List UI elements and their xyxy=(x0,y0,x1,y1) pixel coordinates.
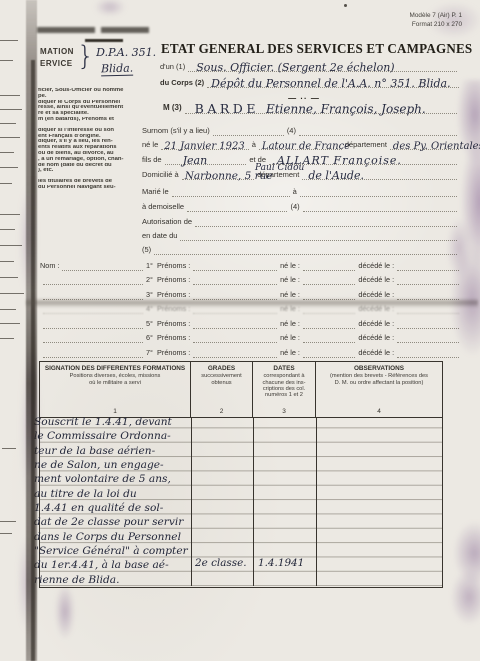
entry-line: au titre de la loi du xyxy=(34,487,209,501)
column-subtitle: (mention des brevets - Références des D.… xyxy=(330,373,428,386)
entry-line: ment volontaire de 5 ans, xyxy=(34,472,209,486)
line-name: M (3) BARDE Etienne, François, Joseph. xyxy=(163,104,460,114)
services-table: SIGNATION DES DIFFERENTES FORMATIONS Pos… xyxy=(39,361,443,588)
demoiselle-line xyxy=(187,209,287,212)
unit-stamp: MATION ERVICE } D.P.A. 351. Blida. xyxy=(40,46,156,77)
scanned-document-page: Modèle 7 (Air) P. 1 Format 210 x 270 MAT… xyxy=(0,0,480,661)
nom-line xyxy=(43,311,143,314)
given-names: Etienne, François, Joseph. xyxy=(266,102,426,116)
child-decede-line xyxy=(397,340,459,343)
child-number: 1° xyxy=(146,261,153,270)
birth-a-label: à xyxy=(252,141,256,150)
ref5-line xyxy=(154,252,457,255)
child-decede-line xyxy=(397,282,459,285)
child-prenoms-label: 6° Prénoms : xyxy=(146,334,190,343)
child-ne-line xyxy=(303,355,355,358)
child-prenoms-label: 3° Prénoms : xyxy=(146,291,190,300)
entry-line: dat de 2e classe pour servir xyxy=(34,515,209,529)
child-prenoms-label: 1° Prénoms : xyxy=(146,262,190,271)
child-row: 5° Prénoms : né le : décédé le : xyxy=(40,314,462,329)
prenoms-word: Prénoms : xyxy=(157,348,190,357)
prenoms-word: Prénoms : xyxy=(157,275,190,284)
endate-line xyxy=(180,238,457,241)
page-fold-line xyxy=(31,60,35,661)
birth-label: né le xyxy=(142,141,158,150)
grade-entry-handwritten: 2e classe. xyxy=(195,557,247,569)
prenoms-word: Prénoms : xyxy=(157,261,190,270)
child-row: Nom : 1° Prénoms : né le : décédé le : xyxy=(40,256,462,271)
document-title: ETAT GENERAL DES SERVICES ET CAMPAGNES xyxy=(161,41,449,57)
child-prenoms-line xyxy=(193,268,277,271)
column-title: GRADES xyxy=(208,365,235,372)
child-row: 2° Prénoms : né le : décédé le : xyxy=(40,271,462,286)
child-ne-label: né le : xyxy=(280,291,300,300)
family-name: BARDE xyxy=(195,101,259,116)
nom-line xyxy=(62,268,143,271)
stamp-unit-number: D.P.A. 351. xyxy=(96,46,156,59)
column-number: 4 xyxy=(316,408,442,415)
footnote-ref-4b: (4) xyxy=(290,203,299,212)
child-decede-line xyxy=(397,311,459,314)
child-ne-label: né le : xyxy=(280,349,300,358)
child-number: 4° xyxy=(146,304,153,313)
child-decede-label: décédé le : xyxy=(358,320,394,329)
birth-dept-line: des Py. Orientales. xyxy=(390,147,459,150)
column-title: DATES xyxy=(273,365,294,372)
footnote-fragment: du Personnel Navigant seu- xyxy=(38,185,144,191)
child-decede-label: décédé le : xyxy=(358,276,394,285)
nom-line xyxy=(43,340,143,343)
form-model: Modèle 7 (Air) P. 1 xyxy=(410,11,462,20)
child-decede-label: décédé le : xyxy=(358,305,394,314)
entry-line: du 1er.4.41, à la base aé- xyxy=(34,558,209,572)
column-subtitle: successivement obtenus xyxy=(201,373,241,386)
surnom-label: Surnom (s'il y a lieu) xyxy=(142,127,210,136)
child-decede-label: décédé le : xyxy=(358,262,394,271)
entry-line: 1.4.41 en qualité de sol- xyxy=(34,501,209,515)
demoiselle-line2 xyxy=(303,209,457,212)
footnote-ref-5: (5) xyxy=(142,246,151,255)
child-row: 6° Prénoms : né le : décédé le : xyxy=(40,329,462,344)
birth-date-handwritten: 21 Janvier 1923 xyxy=(164,141,245,152)
child-number: 2° xyxy=(146,275,153,284)
entry-line: "Service Général" à compter xyxy=(34,544,209,558)
line-domicile: Paul Cidou Domicilié à Narbonne, 5 rue d… xyxy=(142,171,460,180)
ink-speck xyxy=(344,4,347,7)
column-title: OBSERVATIONS xyxy=(354,365,404,372)
child-prenoms-line xyxy=(193,326,277,329)
prenoms-word: Prénoms : xyxy=(157,319,190,328)
birth-date-line: 21 Janvier 1923 xyxy=(161,147,248,150)
prenoms-word: Prénoms : xyxy=(157,290,190,299)
form-reference: Modèle 7 (Air) P. 1 Format 210 x 270 xyxy=(410,11,462,30)
child-ne-label: né le : xyxy=(280,262,300,271)
dun-label: d'un (1) xyxy=(160,63,185,72)
child-ne-line xyxy=(303,282,355,285)
date-entry-handwritten: 1.4.1941 xyxy=(258,557,304,569)
stamp-handwritten-unit: D.P.A. 351. Blida. xyxy=(96,46,156,77)
child-ne-label: né le : xyxy=(280,276,300,285)
photocopy-mottle xyxy=(48,578,82,661)
line-birth: né le 21 Janvier 1923 à Latour de France… xyxy=(142,141,462,150)
child-ne-line xyxy=(303,326,355,329)
stamp-brace: } xyxy=(77,46,94,69)
child-prenoms-label: 5° Prénoms : xyxy=(146,320,190,329)
child-ne-line xyxy=(303,268,355,271)
line-autorisation: Autorisation de xyxy=(142,218,460,227)
child-prenoms-line xyxy=(193,282,277,285)
child-prenoms-label: 4° Prénoms : xyxy=(146,305,190,314)
prenoms-word: Prénoms : xyxy=(157,304,190,313)
line-endate: en date du xyxy=(142,232,460,241)
nom-line xyxy=(43,355,143,358)
entry-line: dans le Corps du Personnel xyxy=(34,530,209,544)
child-prenoms-line xyxy=(193,355,277,358)
child-ne-label: né le : xyxy=(280,334,300,343)
domicile-dept-line: de l'Aude. xyxy=(302,177,457,180)
child-decede-line xyxy=(397,268,459,271)
child-prenoms-label: 2° Prénoms : xyxy=(146,276,190,285)
name-line: BARDE Etienne, François, Joseph. xyxy=(185,111,457,114)
overprint-smudge xyxy=(101,27,149,33)
prenoms-word: Prénoms : xyxy=(157,333,190,342)
line-corps: du Corps (2) Dépôt du Personnel de l'A.A… xyxy=(160,79,462,88)
line-surnom: Surnom (s'il y a lieu) (4) xyxy=(142,127,460,136)
photocopy-mottle xyxy=(88,0,132,20)
nom-line xyxy=(43,282,143,285)
column-title: SIGNATION DES DIFFERENTES FORMATIONS xyxy=(45,365,185,372)
birth-dept-handwritten: des Py. Orientales. xyxy=(393,141,480,152)
married-date-line xyxy=(172,194,290,197)
child-ne-label: né le : xyxy=(280,320,300,329)
birth-dept-label: département xyxy=(345,141,387,150)
domicile-city-handwritten: Narbonne, 5 rue xyxy=(185,170,273,182)
column-number: 1 xyxy=(40,408,190,415)
autorisation-line xyxy=(195,224,457,227)
child-prenoms-line xyxy=(193,311,277,314)
child-ne-label: né le : xyxy=(280,305,300,314)
stamp-word-fragment: MATION xyxy=(40,46,74,58)
formation-entry-handwritten: Souscrit le 1.4.41, devant le Commissair… xyxy=(34,415,209,587)
married-label: Marié le xyxy=(142,188,169,197)
child-number: 6° xyxy=(146,333,153,342)
child-decede-line xyxy=(397,326,459,329)
child-ne-line xyxy=(303,340,355,343)
child-prenoms-label: 7° Prénoms : xyxy=(146,349,190,358)
form-format: Format 210 x 270 xyxy=(410,20,462,29)
column-header-grades: GRADES successivement obtenus 2 xyxy=(191,362,253,417)
domicile-city-line: Narbonne, 5 rue xyxy=(182,177,255,180)
column-header-observations: OBSERVATIONS (mention des brevets - Réfé… xyxy=(316,362,442,417)
child-decede-label: décédé le : xyxy=(358,349,394,358)
table-header: SIGNATION DES DIFFERENTES FORMATIONS Pos… xyxy=(40,362,442,418)
married-a-label: à xyxy=(293,188,297,197)
column-number: 2 xyxy=(191,408,252,415)
corps-label: du Corps (2) xyxy=(160,79,204,88)
corps-value-handwritten: Dépôt du Personnel de l'A.A. n° 351. Bli… xyxy=(211,77,450,90)
child-number: 3° xyxy=(146,290,153,299)
nom-line xyxy=(43,326,143,329)
child-number: 5° xyxy=(146,319,153,328)
stamp-unit-city: Blida. xyxy=(101,62,134,77)
column-subtitle: Positions diverses, écoles, missions où … xyxy=(70,373,161,386)
line-ref5: (5) xyxy=(142,246,460,255)
child-row: 3° Prénoms : né le : décédé le : xyxy=(40,285,462,300)
column-header-dates: DATES correspondant à chacune des ins- c… xyxy=(253,362,316,417)
endate-label: en date du xyxy=(142,232,177,241)
entry-line: teur de la base aérien- xyxy=(34,444,209,458)
father-label: fils de xyxy=(142,156,162,165)
column-divider xyxy=(253,418,254,586)
footnote-fragment: m (en bâtards), Prénoms et xyxy=(38,117,144,123)
married-place-line xyxy=(300,194,457,197)
child-number: 7° xyxy=(146,348,153,357)
demoiselle-label: à demoiselle xyxy=(142,203,184,212)
table-body: Souscrit le 1.4.41, devant le Commissair… xyxy=(40,418,442,586)
column-divider xyxy=(316,418,317,586)
autorisation-label: Autorisation de xyxy=(142,218,192,227)
children-section: Nom : 1° Prénoms : né le : décédé le : 2… xyxy=(40,256,462,358)
name-handwritten: BARDE Etienne, François, Joseph. xyxy=(195,101,426,116)
surnom-line2 xyxy=(299,133,457,136)
column-number: 3 xyxy=(253,408,315,415)
child-ne-line xyxy=(303,311,355,314)
stamp-word-fragment: ERVICE xyxy=(40,58,74,70)
child-prenoms-line xyxy=(193,340,277,343)
line-dun: d'un (1) Sous. Officier. (Sergent 2e éch… xyxy=(160,63,460,72)
father-handwritten: Jean xyxy=(183,154,208,167)
child-row: 7° Prénoms : né le : décédé le : xyxy=(40,343,462,358)
line-married: Marié le à xyxy=(142,188,460,197)
column-subtitle: correspondant à chacune des ins- criptio… xyxy=(263,373,306,399)
child-decede-label: décédé le : xyxy=(358,291,394,300)
birth-place-line: Latour de France xyxy=(259,147,342,150)
m-label: M (3) xyxy=(163,104,182,114)
margin-footnotes: ficier, Sous-Officier ou homme pe. dique… xyxy=(38,88,144,191)
column-header-formations: SIGNATION DES DIFFERENTES FORMATIONS Pos… xyxy=(40,362,191,417)
footnote-ref-4: (4) xyxy=(287,127,296,136)
birth-place-handwritten: Latour de France xyxy=(262,141,350,152)
stamp-printed-words: MATION ERVICE xyxy=(40,46,74,69)
entry-line: ne de Salon, un engage- xyxy=(34,458,209,472)
entry-line: Souscrit le 1.4.41, devant xyxy=(34,415,209,429)
father-line: Jean xyxy=(165,162,247,165)
surnom-line xyxy=(213,133,284,136)
child-decede-line xyxy=(397,355,459,358)
entry-line: le Commissaire Ordonna- xyxy=(34,429,209,443)
children-nom-label: Nom : xyxy=(40,262,59,271)
entry-line: rienne de Blida. xyxy=(34,573,209,587)
domicile-dept-handwritten: de l'Aude. xyxy=(308,169,364,182)
child-row-creased: 4° Prénoms : né le : décédé le : xyxy=(40,300,462,315)
overprint-smudge xyxy=(37,27,95,33)
footnote-fragment: ), etc. xyxy=(38,168,144,174)
dun-value-handwritten: Sous. Officier. (Sergent 2e échelon) xyxy=(196,61,394,74)
dun-line: Sous. Officier. (Sergent 2e échelon) xyxy=(188,69,457,72)
corps-line: Dépôt du Personnel de l'A.A. n° 351. Bli… xyxy=(207,85,459,88)
child-decede-label: décédé le : xyxy=(358,334,394,343)
line-demoiselle: à demoiselle (4) xyxy=(142,203,460,212)
domicile-label: Domicilié à xyxy=(142,171,179,180)
